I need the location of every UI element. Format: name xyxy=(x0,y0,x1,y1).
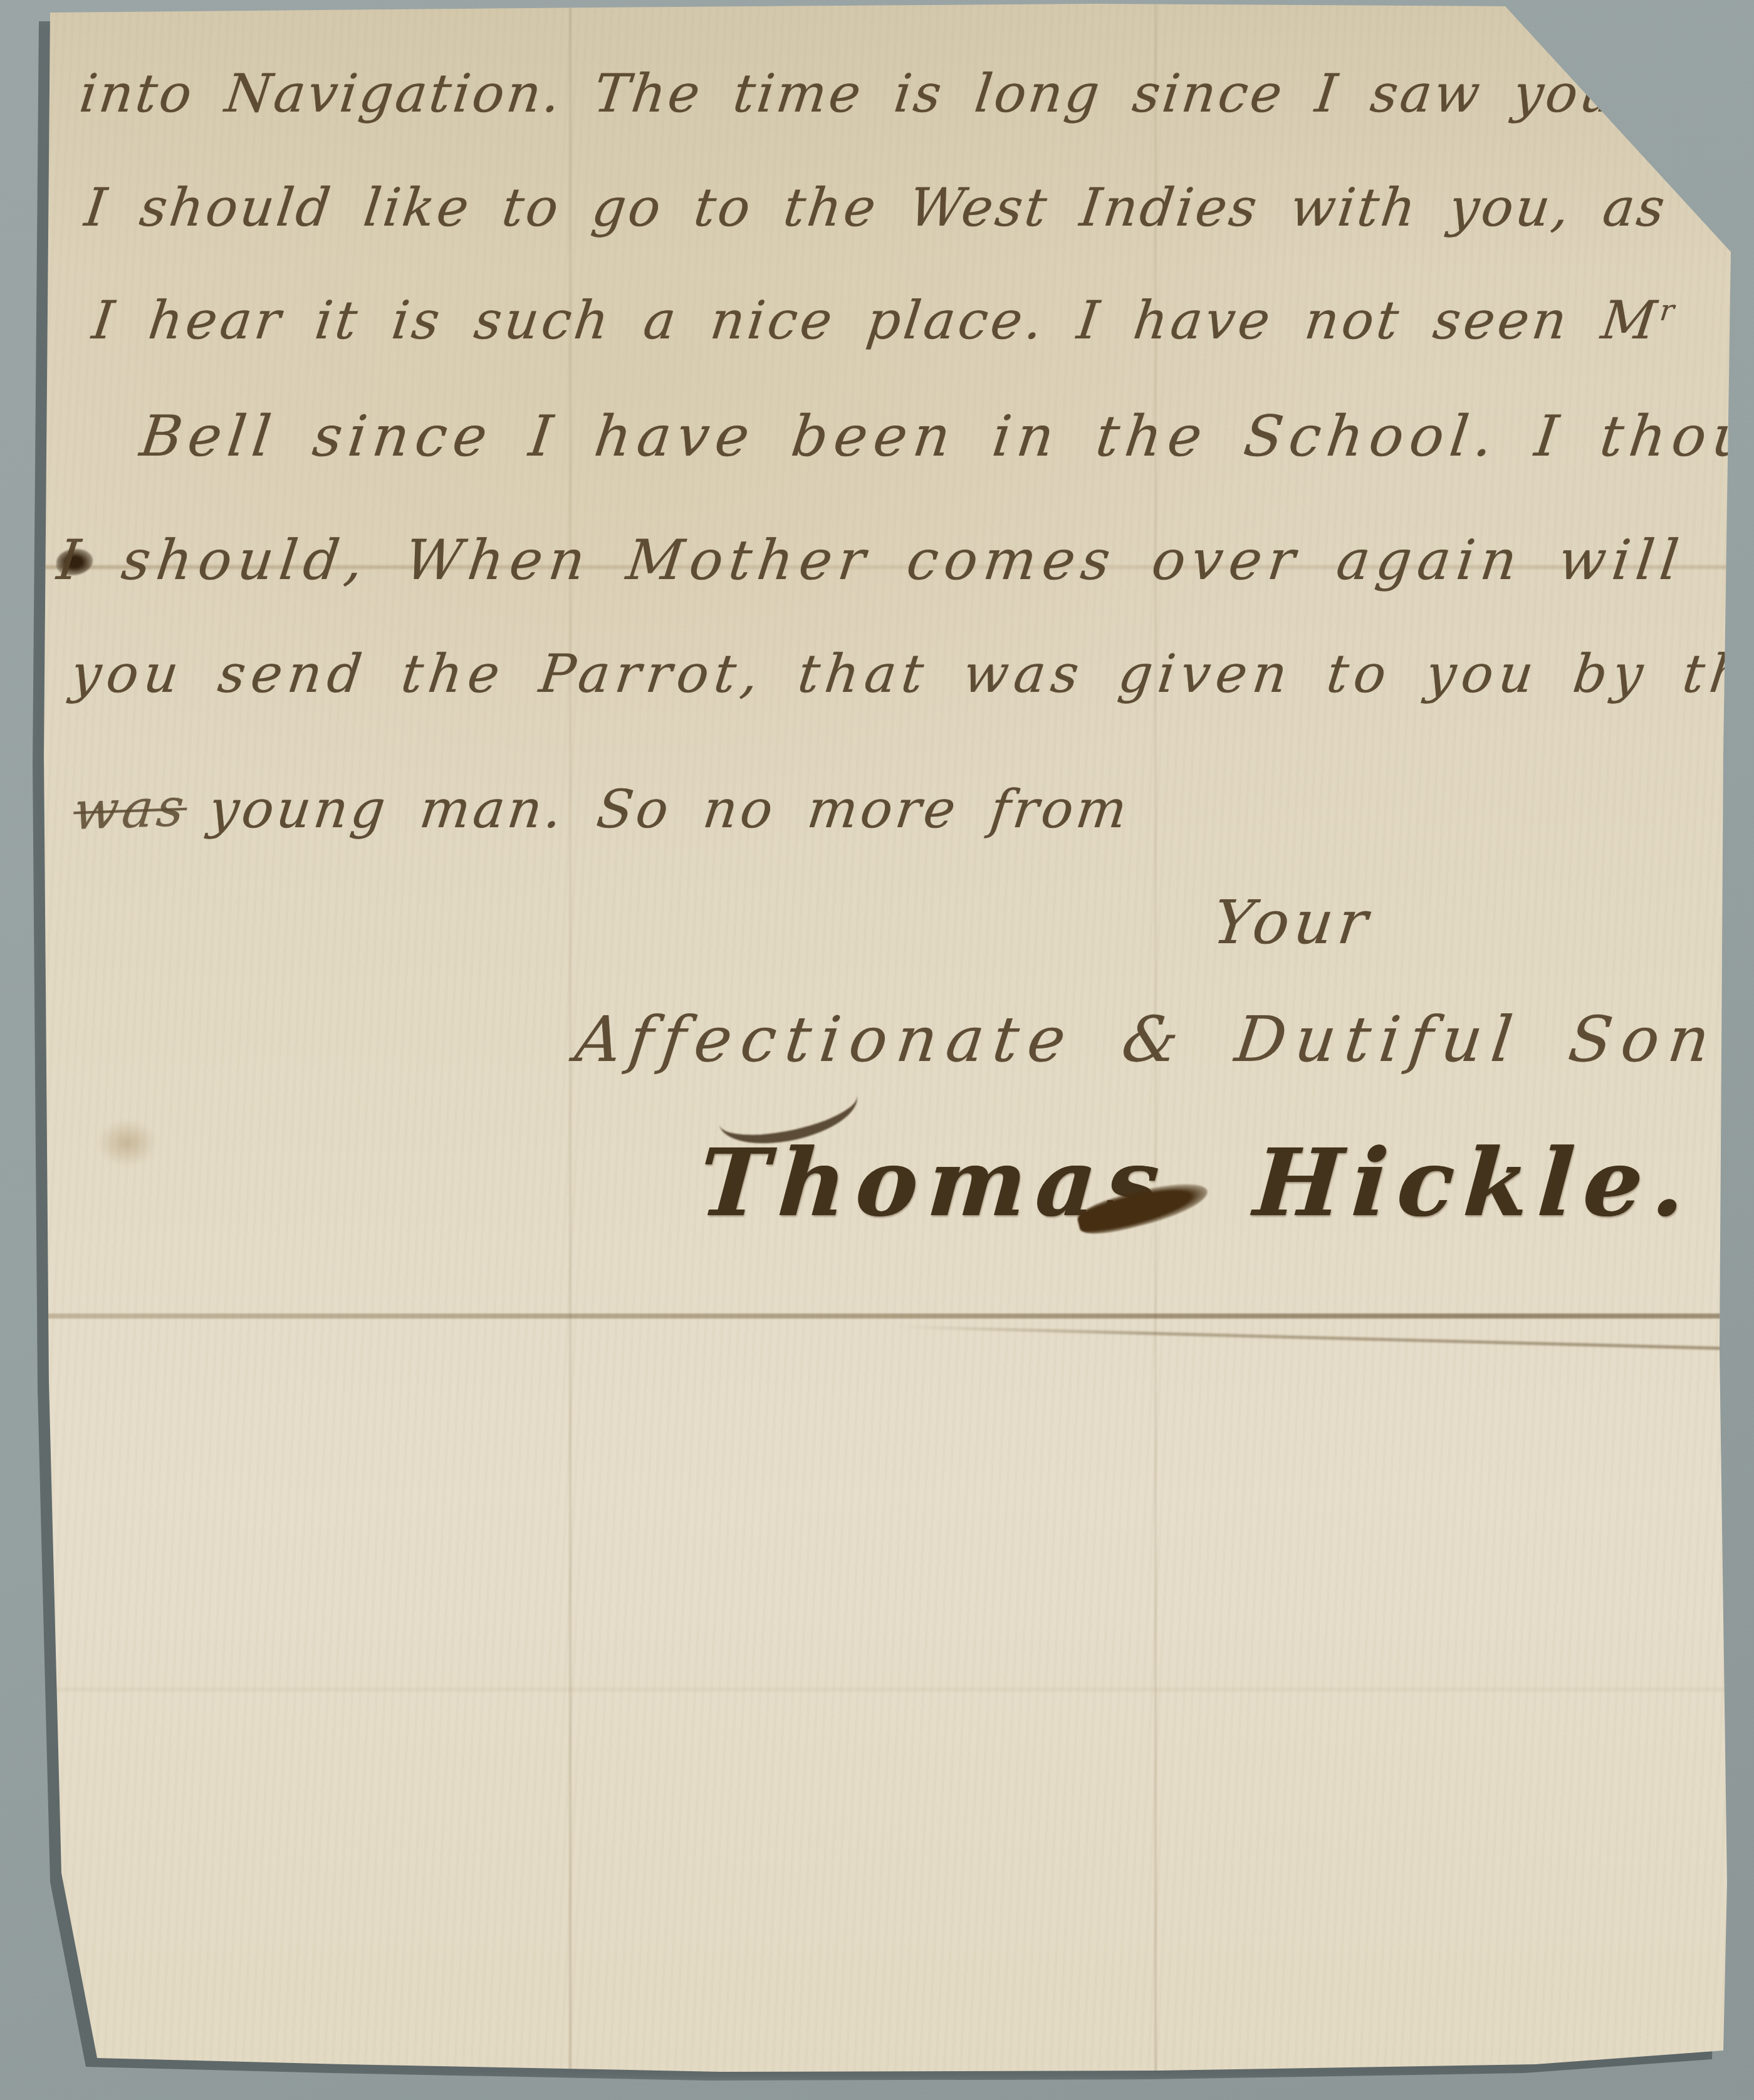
handwritten-line-3: I hear it is such a nice place. I have n… xyxy=(89,290,1679,351)
closing-salutation: Your xyxy=(1209,887,1376,958)
handwritten-line-2: I should like to go to the West Indies w… xyxy=(81,177,1671,238)
superscript-r: r xyxy=(1658,293,1679,327)
letter-photograph: into Navigation. The time is long since … xyxy=(0,0,1754,2100)
fold-crease-horizontal-faint xyxy=(31,1688,1736,1691)
closing-valediction: Affectionate & Dutiful Son xyxy=(572,1003,1723,1076)
strikethrough-word: was xyxy=(71,776,189,842)
line-7-text: young man. So no more from xyxy=(206,778,1133,840)
signature: Thomas Hickle. xyxy=(696,1128,1699,1237)
letter-paper: into Navigation. The time is long since … xyxy=(31,3,1736,2077)
fold-crease-horizontal-branch xyxy=(896,1325,1730,1350)
line-3-text: I hear it is such a nice place. I have n… xyxy=(89,290,1663,351)
handwritten-line-4: Bell since I have been in the School. I … xyxy=(137,404,1754,469)
handwritten-line-1: into Navigation. The time is long since … xyxy=(76,63,1735,124)
handwritten-line-7: wasyoung man. So no more from xyxy=(70,778,1134,840)
handwritten-line-5: I should, When Mother comes over again w… xyxy=(54,528,1688,592)
paper-stain xyxy=(97,1119,157,1166)
handwritten-line-6: you send the Parrot, that was given to y… xyxy=(68,643,1754,704)
fold-crease-horizontal-main xyxy=(31,1314,1736,1319)
